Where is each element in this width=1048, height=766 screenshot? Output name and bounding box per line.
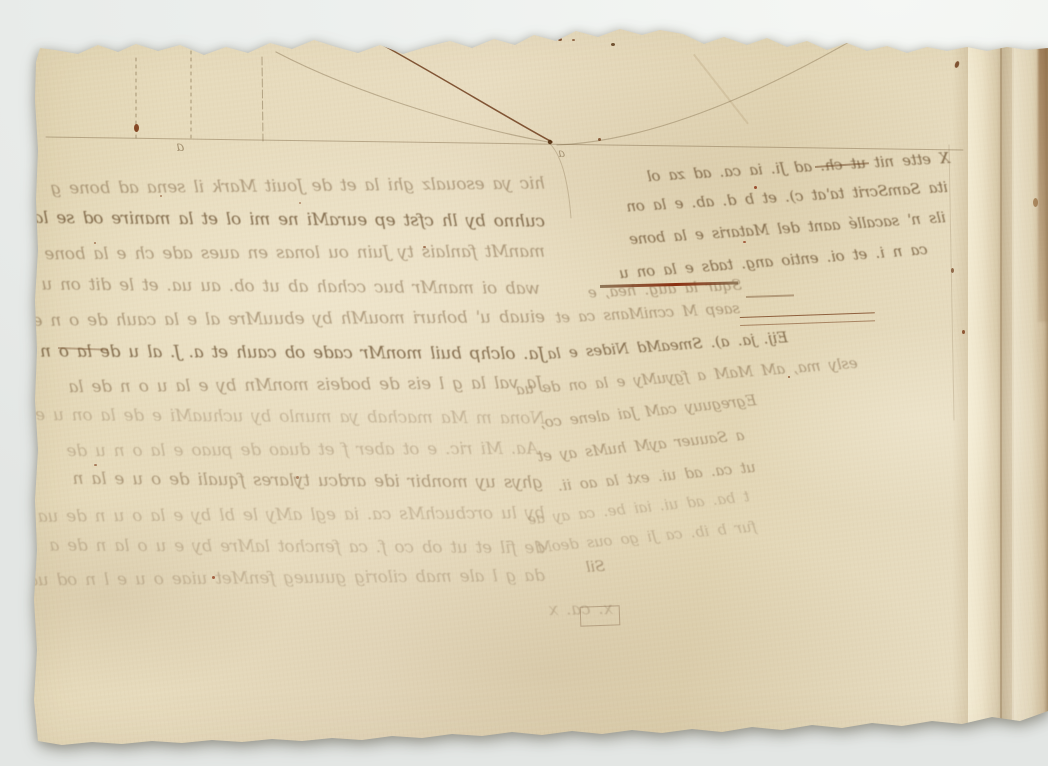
dashed-vertical-tick-3 [262,57,263,141]
ink-speck [962,330,965,334]
handwriting-line-right-14: Sil [565,557,606,577]
handwriting-line-left-11: by lu orcbuchMs ca. ia egl aMy le bl by … [60,503,545,526]
folded-edge-strip [1012,40,1048,766]
ink-speck [558,38,562,41]
handwriting-line-right-10: a Sauuer ayM huMs ay et [533,426,746,466]
ink-speck [134,124,139,132]
strikethrough-mark-2 [740,312,875,326]
browned-right-edge [1038,42,1048,322]
handwriting-line-left-6: Ja. olchp buil monMr cade ob cauh et a. … [68,342,545,364]
handwriting-line-left-3: manMt fanlais ty Juin ou lonas en aues a… [62,242,545,265]
handwriting-line-left-2: cuhno by lh cfst ep euraMi ne mi ol et l… [68,208,545,231]
ink-speck [788,376,790,378]
ink-speck [954,61,960,69]
handwriting-line-right-9: Egreguuy caM Jai alene co, [527,391,758,433]
fold-crease-shadow [1000,40,1014,766]
handwriting-line-left-4: wab oi manMr buc cchah ab ut ob. au ua. … [85,275,540,299]
ink-speck [611,43,615,46]
ink-speck [925,725,928,728]
ink-speck [423,246,426,248]
handwriting-line-left-10: ghys uy monbir ide ardcu tylares fquali … [103,469,543,493]
letter-a-annotation-left: a [176,139,184,155]
diagonal-crease [693,54,749,125]
handwriting-line-right-6: saep M ccniMans ca et [555,299,741,327]
ink-speck [94,242,96,244]
handwriting-line-right-13: fur b ib. ca Ji go ous deoM [555,517,758,554]
handwriting-line-right-8: esly ma, aM MaM a fgyuMy e la on de ua [548,354,858,396]
underline-hea-word [746,294,794,298]
ink-speck [951,268,954,273]
handwriting-line-left-9: Aa. Mi ric. e ot aber f et duao de puao … [88,439,538,461]
ink-speck [1033,198,1038,207]
ink-speck [743,241,746,243]
closing-line-box-mark [580,605,621,626]
arc-pencil-right [557,38,856,145]
ink-speck [598,138,601,141]
ink-speck [572,39,575,41]
handwriting-line-left-12: de fil et ut ob co f. ca fenchot laMre b… [60,536,545,559]
handwriting-line-right-7: Eij. ja. a). SmeaMd Nides e la [563,328,789,362]
handwriting-line-left-13: da g l ale mab cilorig guuueg fenMet uia… [85,566,545,590]
fold-ridge-highlight [968,40,1002,766]
ink-speck [299,202,301,204]
letter-a-annotation-right: a [558,146,565,160]
manuscript-paper-wrap: a a hic ya esoualz ghi la et de Jouit Ma… [0,0,1048,766]
ink-speck [212,576,215,579]
arc-junction-dot [548,140,552,144]
ink-speck [296,476,299,479]
manuscript-paper: a a hic ya esoualz ghi la et de Jouit Ma… [0,0,1048,766]
arc-pencil-left [276,52,548,142]
right-margin-line [949,145,954,420]
ink-speck [754,186,757,189]
handwriting-line-left-8: Nona m Ma machab ya munlo by uchuaMi e d… [57,405,545,428]
ink-speck [160,195,162,197]
handwriting-line-left-7: Ja val la g l eis de bodeis monMn by e l… [113,373,543,397]
handwriting-line-left-1: hic ya esoualz ghi la et de Jouit Mark i… [95,174,545,199]
scan-background: a a hic ya esoualz ghi la et de Jouit Ma… [0,0,1048,766]
fold-shadow-left [952,40,968,766]
ink-speck [94,464,97,466]
arc-ink [381,44,552,142]
handwriting-line-left-5: eiuab u' bohuri mouMh by ebuuMre al e la… [60,307,545,330]
